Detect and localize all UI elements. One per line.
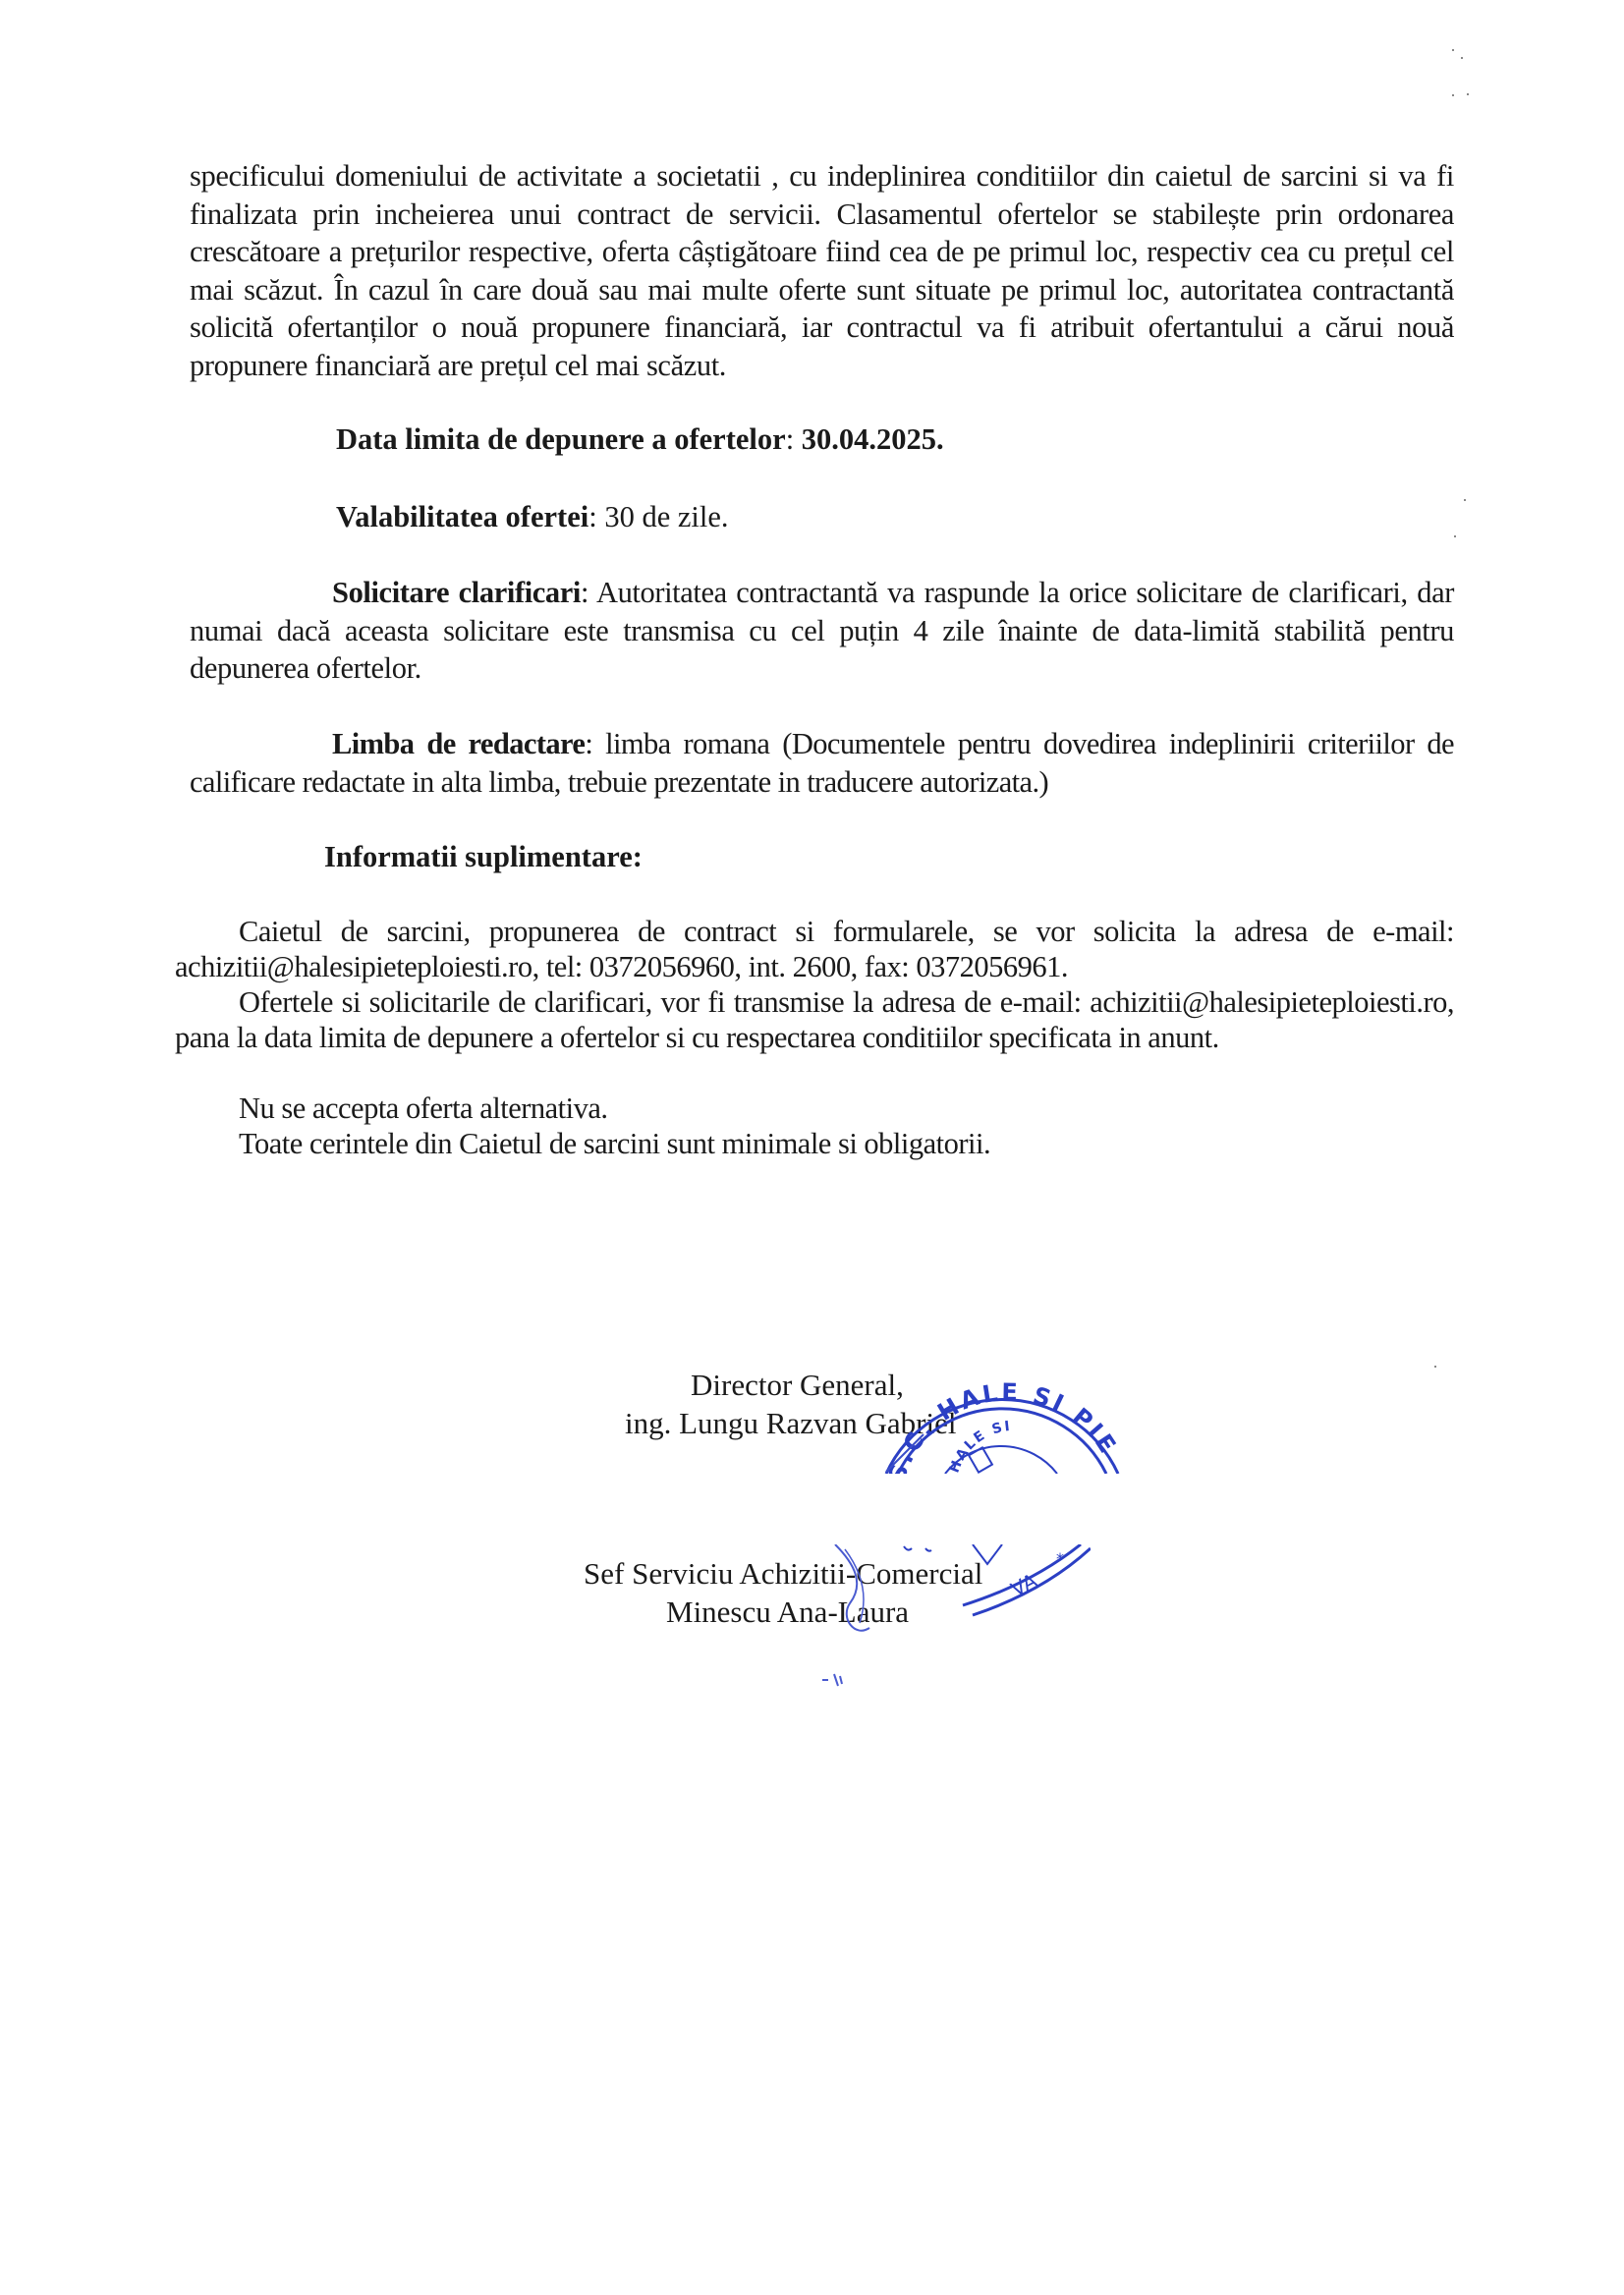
info-paragraph-2: Ofertele si solicitarile de clarificari,… — [175, 984, 1454, 1055]
intro-paragraph: specificului domeniului de activitate a … — [190, 157, 1454, 384]
deadline-label: Data limita de depunere a ofertelor — [336, 422, 786, 456]
scan-artifact — [1452, 49, 1454, 51]
svg-text:*: * — [1056, 1549, 1064, 1568]
scan-artifact — [1434, 1366, 1436, 1368]
language-label: Limba de redactare — [332, 727, 585, 760]
validity-line: Valabilitatea ofertei: 30 de zile. — [336, 498, 729, 535]
scan-artifact — [1454, 535, 1456, 537]
info-paragraph-4: Toate cerintele din Caietul de sarcini s… — [239, 1126, 990, 1161]
chief-name: Minescu Ana-Laura — [666, 1595, 909, 1630]
validity-separator: : — [588, 500, 604, 533]
clarifications-paragraph: Solicitare clarificari: Autoritatea cont… — [190, 574, 1454, 688]
validity-label: Valabilitatea ofertei — [336, 500, 588, 533]
chief-title: Sef Serviciu Achizitii-Comercial — [584, 1556, 982, 1592]
director-title: Director General, — [691, 1368, 904, 1403]
additional-info-heading: Informatii suplimentare: — [324, 838, 643, 875]
language-paragraph: Limba de redactare: limba romana (Docume… — [190, 725, 1454, 801]
clarifications-label: Solicitare clarificari — [332, 576, 581, 609]
stamp-inner-text: HALE SI — [946, 1419, 1012, 1474]
info-paragraph-3: Nu se accepta oferta alternativa. — [239, 1091, 608, 1126]
scan-artifact — [1467, 93, 1469, 95]
stamp-lower-text: VA — [1007, 1568, 1041, 1601]
validity-value: 30 de zile. — [604, 500, 728, 533]
director-name: ing. Lungu Razvan Gabriel — [625, 1406, 956, 1441]
info-paragraph-1: Caietul de sarcini, propunerea de contra… — [175, 914, 1454, 984]
svg-text:HALE SI: HALE SI — [946, 1419, 1012, 1474]
language-separator: : — [585, 727, 605, 760]
deadline-line: Data limita de depunere a ofertelor: 30.… — [336, 420, 944, 458]
document-page: specificului domeniului de activitate a … — [0, 0, 1624, 2295]
scan-artifact — [1464, 499, 1466, 501]
deadline-separator: : — [786, 422, 802, 456]
signature-mark — [820, 1670, 850, 1690]
deadline-value: 30.04.2025. — [802, 422, 944, 456]
scan-artifact — [1461, 57, 1463, 59]
clarifications-separator: : — [581, 576, 596, 609]
scan-artifact — [1452, 94, 1454, 96]
